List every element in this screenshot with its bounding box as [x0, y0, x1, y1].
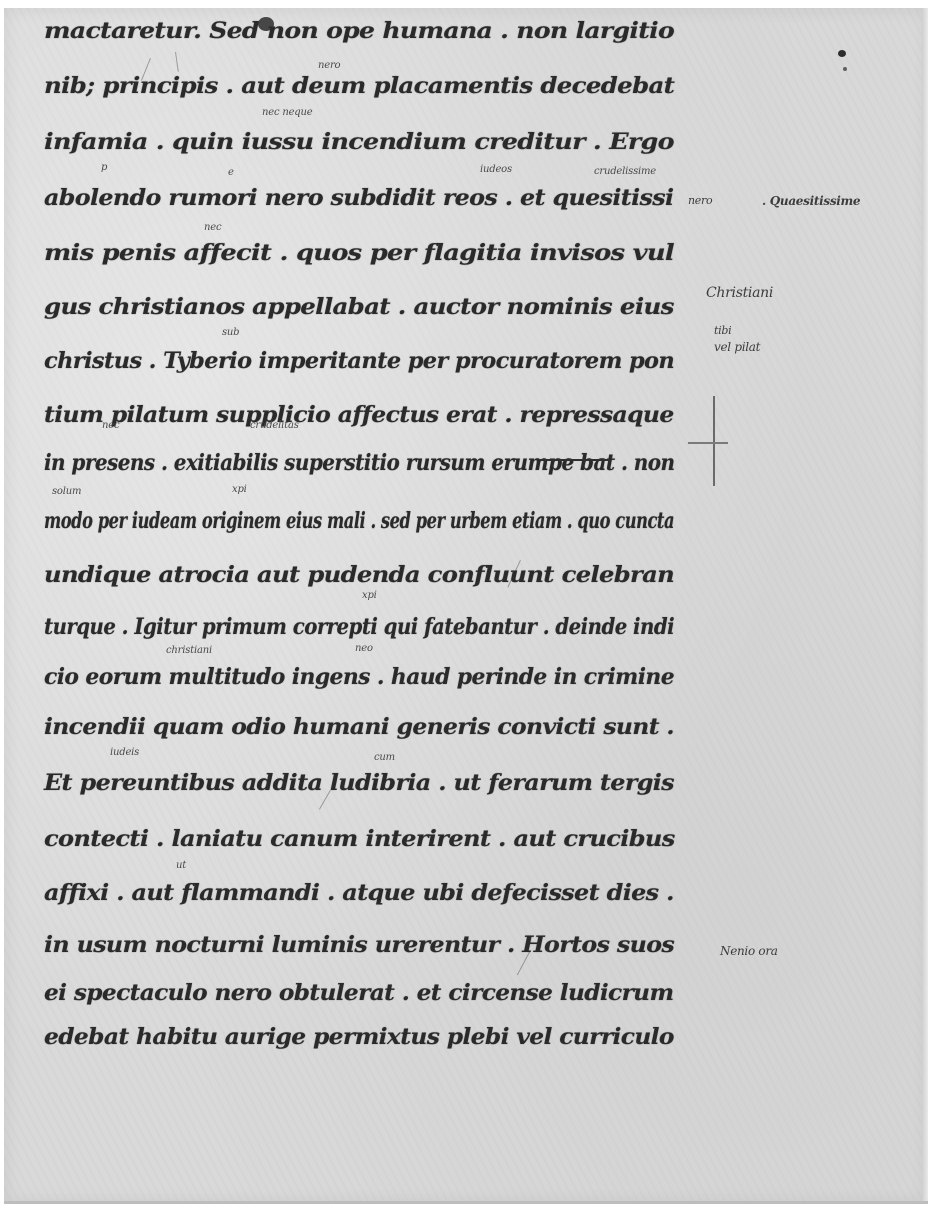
text-line-19: ei spectaculo nero obtulerat . et circen… — [44, 980, 673, 1016]
marginal-note-nero: nero — [688, 194, 712, 207]
interlinear-gloss: nec — [102, 420, 119, 431]
interlinear-gloss: neo — [355, 643, 373, 654]
interlinear-gloss: p — [101, 162, 107, 173]
text-line-18: in usum nocturni luminis urerentur . Hor… — [44, 932, 674, 968]
text-line-1: mactaretur. Sed non ope humana . non lar… — [44, 18, 674, 54]
strikethrough-mark — [540, 459, 610, 461]
ink-blot — [843, 67, 847, 71]
text-line-9: in presens . exitiabilis superstitio rur… — [44, 450, 675, 486]
text-line-10: modo per iudeam originem eius mali . sed… — [44, 508, 674, 544]
text-line-16: contecti . laniatu canum interirent . au… — [44, 826, 675, 862]
interlinear-gloss: ut — [176, 860, 186, 871]
interlinear-gloss: nec — [204, 222, 221, 233]
text-line-5: mis penis affecit . quos per flagitia in… — [44, 240, 674, 276]
margin-cross-mark — [688, 442, 728, 444]
marginal-note-tibi: tibi — [714, 324, 731, 337]
text-line-6: gus christianos appellabat . auctor nomi… — [44, 294, 674, 330]
text-line-11: undique atrocia aut pudenda confluunt ce… — [44, 562, 674, 598]
text-line-2: nib; principis . aut deum placamentis de… — [44, 73, 674, 109]
interlinear-gloss: christiani — [166, 645, 212, 656]
marginal-note-christiani: Christiani — [706, 285, 773, 301]
marginal-note-lower: Nenio ora — [720, 944, 778, 958]
folio-right-edge — [922, 8, 928, 1204]
marginal-note-vel-pilat: vel pilat — [714, 340, 760, 354]
interlinear-gloss: nero — [318, 60, 340, 71]
interlinear-gloss: nec neque — [262, 107, 312, 118]
folio-bottom-edge — [4, 1201, 928, 1204]
text-line-17: affixi . aut flammandi . atque ubi defec… — [44, 880, 674, 916]
text-line-13: cio eorum multitudo ingens . haud perind… — [44, 664, 674, 700]
interlinear-gloss: cum — [374, 752, 395, 763]
interlinear-gloss: iudeos — [480, 164, 512, 175]
text-line-20: edebat habitu aurige permixtus plebi vel… — [44, 1024, 674, 1060]
marginal-note-quaesitissime: . Quaesitissime — [762, 194, 860, 208]
text-line-4: abolendo rumori nero subdidit reos . et … — [44, 185, 673, 221]
interlinear-gloss: xpi — [232, 484, 247, 495]
interlinear-gloss: e — [228, 167, 234, 178]
interlinear-gloss: crudelitas — [250, 420, 299, 431]
interlinear-gloss: iudeis — [110, 747, 139, 758]
ink-blot — [838, 50, 846, 57]
text-line-7: christus . Tyberio imperitante per procu… — [44, 348, 674, 384]
text-line-15: Et pereuntibus addita ludibria . ut fera… — [44, 770, 674, 806]
interlinear-gloss: xpi — [362, 590, 377, 601]
text-line-8: tium pilatum supplicio affectus erat . r… — [44, 402, 674, 438]
interlinear-gloss: sub — [222, 327, 239, 338]
text-line-3: infamia . quin iussu incendium creditur … — [44, 129, 674, 165]
margin-cross-mark — [713, 396, 715, 486]
interlinear-gloss: solum — [52, 486, 81, 497]
interlinear-gloss: crudelissime — [594, 166, 656, 177]
text-line-14: incendii quam odio humani generis convic… — [44, 714, 674, 750]
